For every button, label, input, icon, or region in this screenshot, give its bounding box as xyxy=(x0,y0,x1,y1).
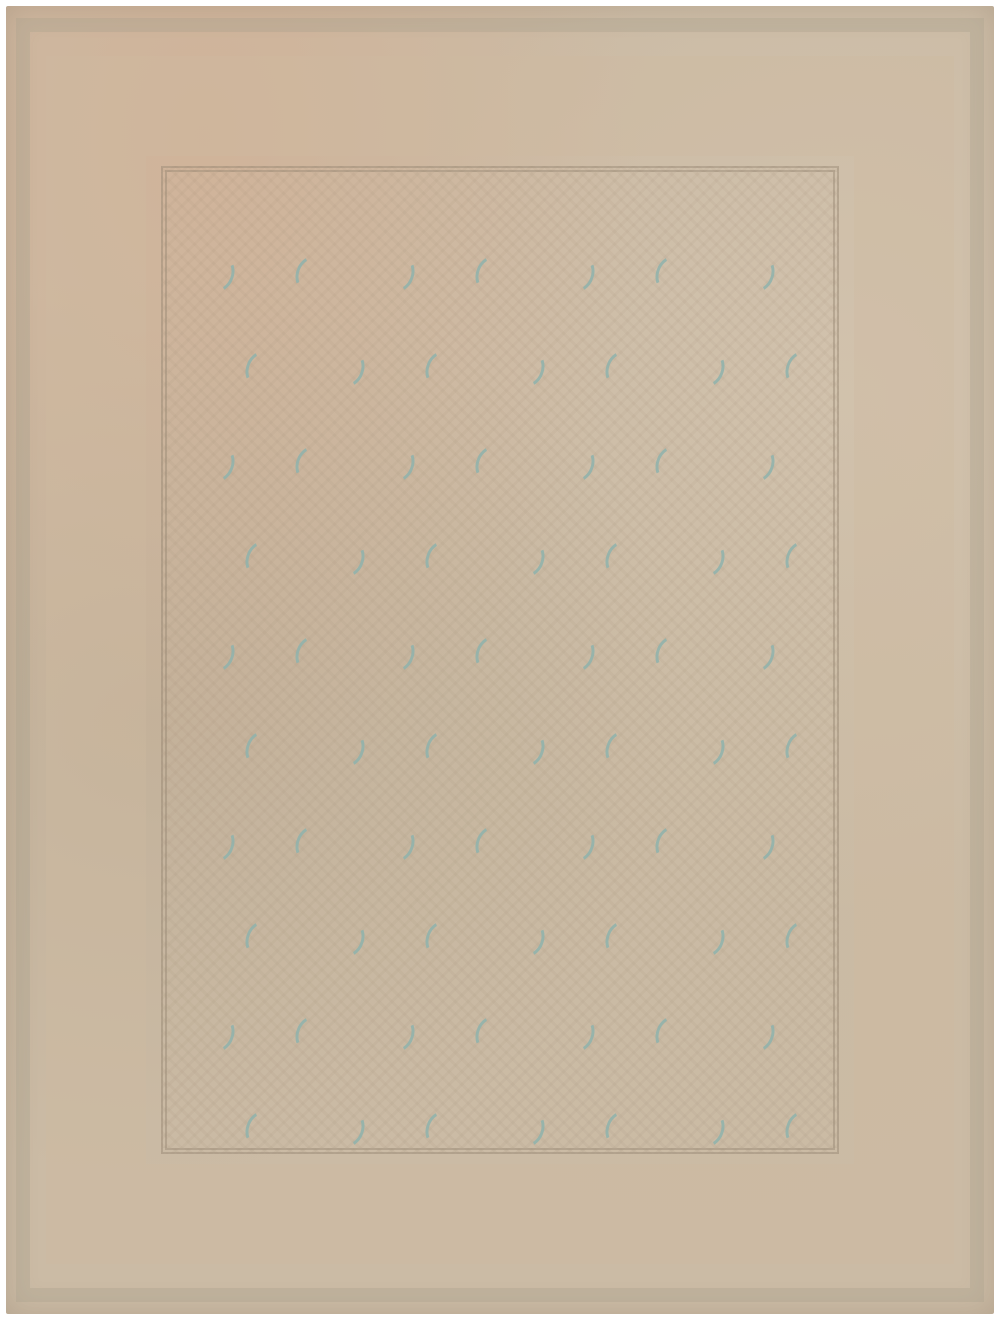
teal-crescent-motif xyxy=(511,537,550,580)
teal-crescent-motif xyxy=(601,537,640,580)
teal-crescent-motif xyxy=(421,917,460,960)
teal-crescent-motif xyxy=(601,727,640,770)
teal-crescent-motif xyxy=(691,917,730,960)
teal-crescent-motif xyxy=(741,252,780,295)
teal-crescent-motif xyxy=(561,1012,600,1055)
teal-crescent-motif xyxy=(781,537,820,580)
teal-crescent-motif xyxy=(471,822,510,865)
teal-crescent-motif xyxy=(381,442,420,485)
teal-crescent-motif xyxy=(781,347,820,390)
teal-crescent-motif xyxy=(201,442,240,485)
teal-crescent-motif xyxy=(471,1012,510,1055)
teal-crescent-motif xyxy=(561,442,600,485)
teal-crescent-motif xyxy=(511,1107,550,1150)
teal-crescent-motif xyxy=(421,347,460,390)
teal-crescent-motif xyxy=(511,347,550,390)
teal-crescent-motif xyxy=(291,632,330,675)
teal-crescent-motif xyxy=(781,727,820,770)
teal-crescent-motif xyxy=(691,727,730,770)
teal-crescent-motif xyxy=(471,632,510,675)
teal-crescent-motif xyxy=(561,252,600,295)
teal-crescent-motif xyxy=(691,537,730,580)
teal-crescent-motif xyxy=(691,347,730,390)
teal-crescent-motif xyxy=(241,727,280,770)
teal-crescent-motif xyxy=(651,822,690,865)
teal-crescent-motif xyxy=(291,252,330,295)
teal-crescent-motif xyxy=(601,917,640,960)
teal-crescent-motif xyxy=(201,822,240,865)
teal-crescent-motif xyxy=(291,822,330,865)
teal-crescent-motif xyxy=(291,442,330,485)
teal-crescent-motif xyxy=(331,1107,370,1150)
teal-crescent-motif xyxy=(241,537,280,580)
teal-crescent-motif xyxy=(381,1012,420,1055)
teal-crescent-motif xyxy=(421,727,460,770)
teal-crescent-motif xyxy=(291,1012,330,1055)
teal-crescent-motif xyxy=(381,822,420,865)
teal-crescent-motif xyxy=(241,1107,280,1150)
teal-crescent-motif xyxy=(561,822,600,865)
teal-crescent-motif xyxy=(511,727,550,770)
teal-crescent-motif xyxy=(201,632,240,675)
teal-crescent-motif xyxy=(241,347,280,390)
teal-crescent-motif xyxy=(331,347,370,390)
rug-photo: Faded beige/taupe field with allover sma… xyxy=(6,6,994,1314)
teal-crescent-motif xyxy=(561,632,600,675)
teal-crescent-motif xyxy=(471,442,510,485)
teal-crescent-motif xyxy=(651,1012,690,1055)
teal-crescent-motif xyxy=(471,252,510,295)
teal-crescent-motif xyxy=(651,632,690,675)
teal-crescent-motif xyxy=(741,632,780,675)
teal-crescent-motif xyxy=(201,252,240,295)
teal-crescent-motif xyxy=(331,727,370,770)
teal-crescent-motif xyxy=(781,1107,820,1150)
teal-crescent-motif xyxy=(381,632,420,675)
teal-motifs xyxy=(6,6,994,1314)
teal-crescent-motif xyxy=(741,1012,780,1055)
teal-crescent-motif xyxy=(511,917,550,960)
teal-crescent-motif xyxy=(601,1107,640,1150)
teal-crescent-motif xyxy=(741,822,780,865)
teal-crescent-motif xyxy=(421,537,460,580)
teal-crescent-motif xyxy=(651,252,690,295)
teal-crescent-motif xyxy=(201,1012,240,1055)
teal-crescent-motif xyxy=(381,252,420,295)
teal-crescent-motif xyxy=(781,917,820,960)
teal-crescent-motif xyxy=(601,347,640,390)
teal-crescent-motif xyxy=(421,1107,460,1150)
teal-crescent-motif xyxy=(691,1107,730,1150)
teal-crescent-motif xyxy=(651,442,690,485)
teal-crescent-motif xyxy=(331,537,370,580)
teal-crescent-motif xyxy=(241,917,280,960)
teal-crescent-motif xyxy=(741,442,780,485)
teal-crescent-motif xyxy=(331,917,370,960)
